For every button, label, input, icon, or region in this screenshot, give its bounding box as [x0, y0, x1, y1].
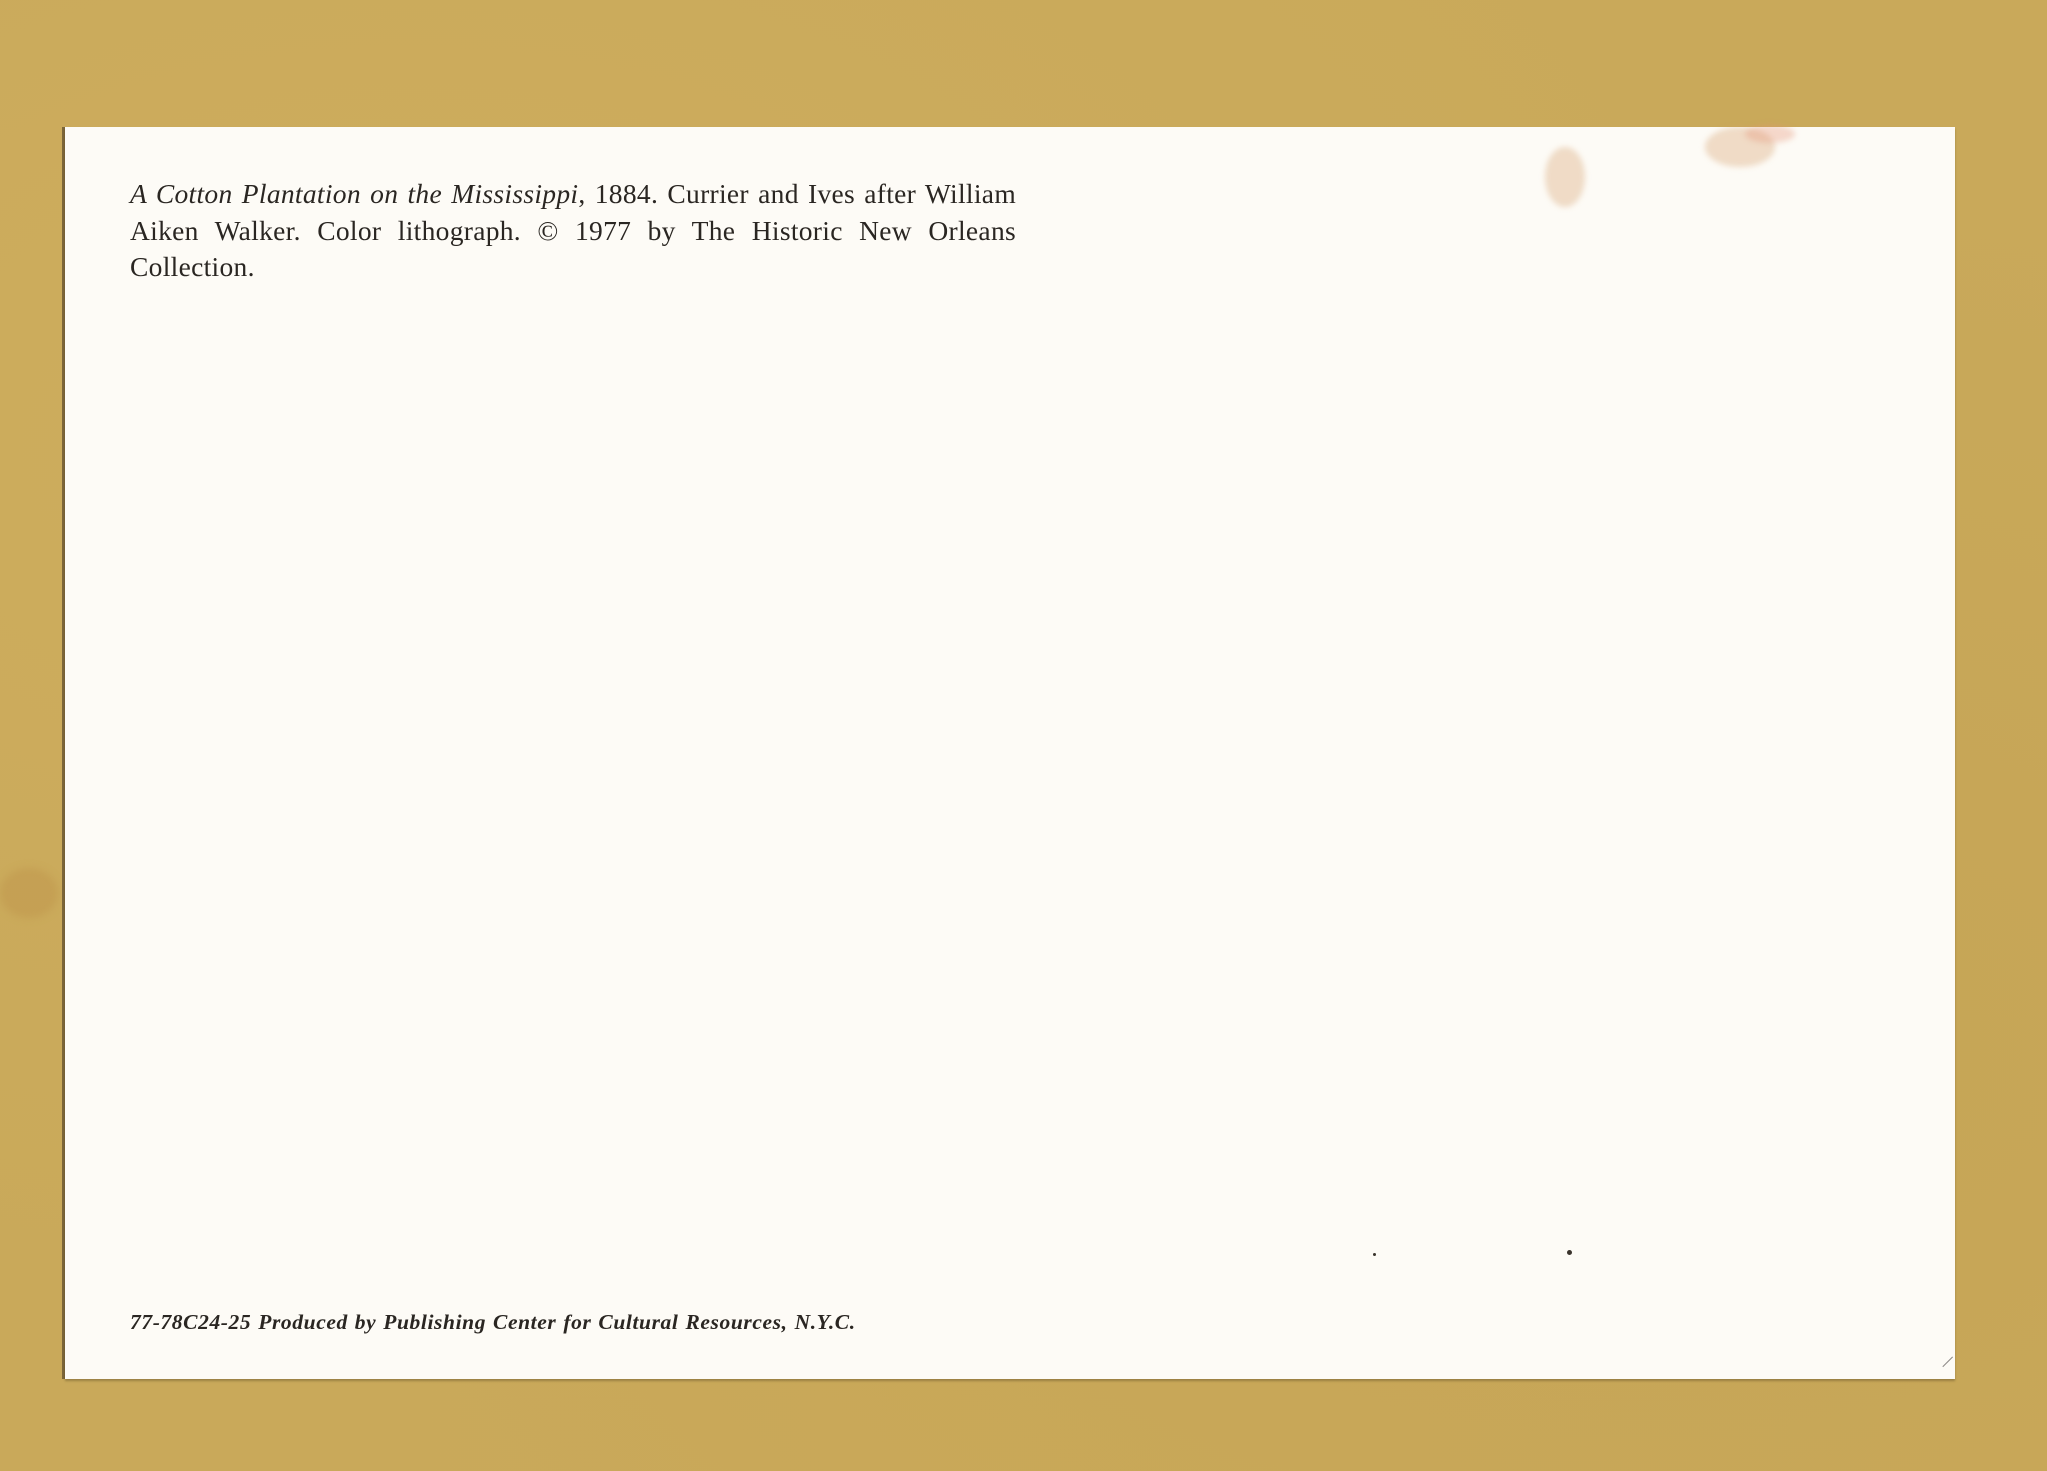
corner-crease — [1942, 1356, 1963, 1377]
publisher-credit: 77-78C24-25 Produced by Publishing Cente… — [130, 1310, 1016, 1335]
artwork-title: A Cotton Plantation on the Mississippi — [130, 178, 578, 209]
mat-stain — [0, 868, 58, 918]
foxing-stain — [1745, 125, 1795, 143]
foxing-stain — [1545, 147, 1585, 207]
postcard-back: A Cotton Plantation on the Mississippi, … — [65, 127, 1955, 1379]
artwork-caption: A Cotton Plantation on the Mississippi, … — [130, 176, 1016, 286]
paper-speck — [1373, 1253, 1376, 1256]
paper-speck — [1567, 1250, 1572, 1255]
